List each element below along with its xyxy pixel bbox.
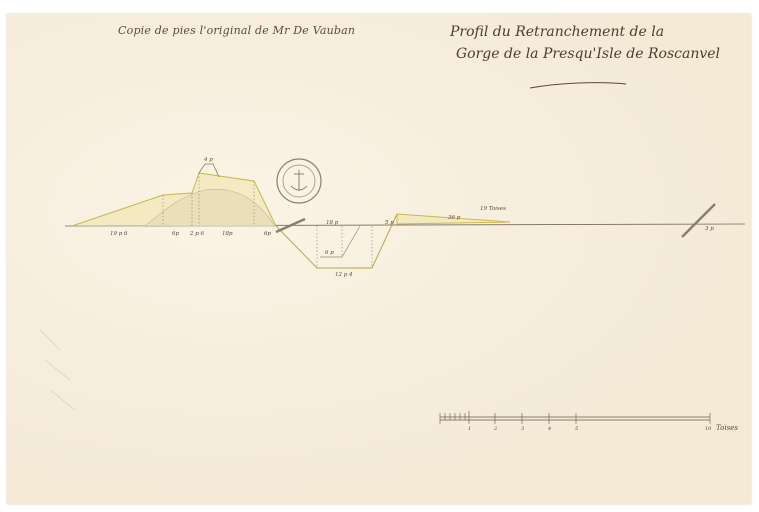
svg-text:36 p: 36 p: [448, 215, 461, 221]
svg-text:1: 1: [468, 426, 471, 432]
svg-text:5: 5: [575, 426, 578, 432]
svg-text:19 p 6: 19 p 6: [110, 231, 128, 237]
svg-text:10: 10: [705, 426, 712, 432]
profile-drawing: 19 p 6 6p 2 p 6 18p 6p 4 p 18 p 12 p 4 6…: [0, 0, 759, 512]
svg-text:2 p 6: 2 p 6: [189, 231, 205, 237]
svg-text:18 p: 18 p: [326, 220, 339, 226]
svg-text:2: 2: [493, 426, 497, 432]
svg-text:6p: 6p: [172, 231, 179, 237]
svg-text:4: 4: [547, 426, 551, 432]
svg-text:12 p 4: 12 p 4: [335, 272, 353, 278]
rampart-profile: [72, 173, 276, 226]
svg-text:4 p: 4 p: [203, 157, 213, 163]
library-stamp: [277, 159, 321, 203]
svg-text:Toises: Toises: [716, 424, 738, 432]
svg-text:19 Toises: 19 Toises: [480, 206, 506, 212]
palisade-stake-right: [682, 204, 715, 237]
svg-text:6 p: 6 p: [325, 250, 334, 256]
svg-text:6p: 6p: [264, 231, 271, 237]
svg-text:3 p: 3 p: [705, 226, 714, 232]
scale-bar: 1 2 3 4 5 10 Toises: [440, 411, 738, 432]
svg-text:3: 3: [521, 426, 524, 432]
svg-text:5 p: 5 p: [385, 220, 394, 226]
faint-pencil-notes: [30, 310, 110, 430]
svg-text:18p: 18p: [222, 231, 233, 237]
anchor-icon: [291, 170, 307, 191]
